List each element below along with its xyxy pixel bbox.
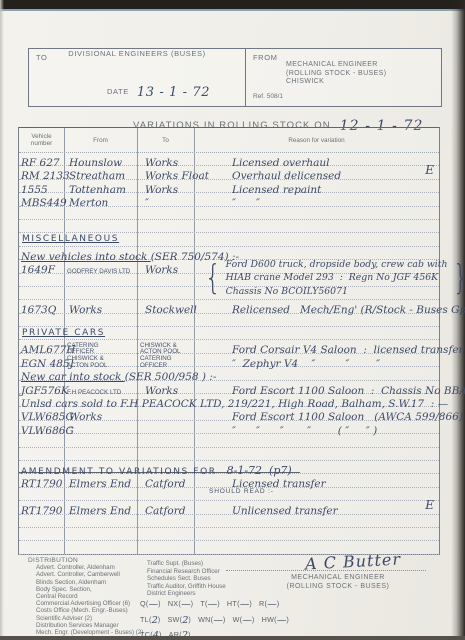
vehicle-cell: MBS449 [19, 193, 64, 205]
distribution-item: Central Record [28, 593, 143, 600]
from-cell: Hounslow [64, 153, 137, 165]
entry-marker: E [425, 499, 434, 511]
code-paren: ) [286, 615, 289, 624]
code-value: — [213, 616, 223, 625]
code-label: WN [198, 615, 211, 624]
to-cell: CHISWICK & ACTON POOL [137, 340, 194, 352]
code-group: Q(—) [140, 593, 161, 610]
amendment-date: 8-1-72 (p7) [227, 465, 292, 477]
vehicle-cell: 1555 [19, 180, 64, 192]
table-row [19, 515, 439, 528]
table-row: 1555TottenhamWorksLicensed repaint [19, 180, 439, 193]
code-group: SW(2) [167, 609, 191, 626]
brace-group: {Ford D600 truck, dropside body, crew ca… [202, 258, 465, 298]
code-value: — [242, 616, 252, 625]
reason-line: Ford D600 truck, dropside body, crew cab… [226, 258, 448, 271]
to-value: DIVISIONAL ENGINEERS (BUSES) [29, 49, 245, 58]
to-cell: Stockwell [137, 300, 194, 312]
code-paren: ) [249, 599, 252, 608]
section-heading: MISCELLANEOUS [22, 234, 119, 245]
code-value: — [208, 600, 218, 609]
vehicle-cell: EGN 485J [19, 354, 64, 366]
to-cell [137, 421, 194, 433]
distribution-item: Body Spec. Section, [28, 586, 143, 593]
reason-cell: ″ ″ ″ ″ ( ″ ″ ) [194, 421, 439, 433]
code-group: W(—) [233, 609, 255, 626]
code-group: WN(—) [198, 609, 225, 626]
memo-to-cell: TO DIVISIONAL ENGINEERS (BUSES) DATE13 -… [29, 49, 246, 106]
distribution-item: Scientific Adviser (2) [28, 615, 143, 622]
to-cell: Works [137, 153, 194, 165]
code-group: TL(2) [140, 609, 160, 626]
table-row [19, 528, 439, 541]
code-paren: ) [158, 615, 161, 624]
note-line: Unlsd cars sold to F.H PEACOCK LTD, 219/… [21, 394, 448, 406]
code-value: — [267, 600, 277, 609]
vehicle-cell: VLW686G [19, 421, 64, 433]
code-paren: ) [217, 599, 220, 608]
code-group: NX(—) [168, 593, 194, 610]
distribution-item: Traffic Supt. (Buses) [147, 560, 226, 568]
scan-edge-right [451, 0, 465, 640]
from-line: MECHANICAL ENGINEER [286, 61, 386, 70]
code-paren: ) [252, 615, 255, 624]
from-cell: ″ [64, 421, 137, 433]
distribution-item: Financial Research Officer [147, 568, 226, 576]
table-row: Unlsd cars sold to F.H PEACOCK LTD, 219/… [19, 394, 439, 407]
code-group: T(—) [200, 593, 220, 610]
reason-cell: {Ford D600 truck, dropside body, crew ca… [194, 260, 439, 272]
from-cell: CATERING OFFICER [64, 340, 137, 352]
table-row [19, 207, 439, 220]
brace-lines: Ford D600 truck, dropside body, crew cab… [226, 258, 448, 298]
to-cell: Works Float [137, 166, 194, 178]
scan-edge-bottom [0, 636, 465, 640]
memo-header-box: TO DIVISIONAL ENGINEERS (BUSES) DATE13 -… [28, 48, 442, 107]
to-cell: Works [137, 180, 194, 192]
scan-edge-top [0, 0, 465, 11]
reason-cell: Ford Escort 1100 Saloon : Chassis No BBA… [194, 381, 465, 393]
column-header-reason: Reason for variation [194, 128, 439, 152]
from-cell: Merton [64, 193, 137, 205]
reason-cell: Relicensed Mech/Eng' (R/Stock - Buses Gp… [194, 300, 465, 312]
distribution-item: Blinds Section, Aldenham [28, 579, 143, 586]
reason-cell: ″ Zephyr V4 ″ ″ ″ [194, 354, 439, 366]
vehicle-cell: RM 2133 [19, 166, 64, 178]
code-label: HW [262, 615, 275, 624]
reason-cell: Licensed overhaul [194, 153, 439, 165]
note-text: Unlsd cars sold to F.H PEACOCK LTD, 219/… [21, 398, 448, 410]
distribution-title: DISTRIBUTION [28, 557, 143, 564]
amendment-label: AMENDMENT TO VARIATIONS FOR [21, 467, 217, 477]
table-row: RM 2133StreathamWorks FloatOverhaul deli… [19, 166, 439, 179]
vehicle-cell: 1673Q [19, 300, 64, 312]
date-handwritten: 13 - 1 - 72 [137, 87, 210, 99]
to-cell: Catford [137, 501, 194, 513]
code-paren: ) [188, 615, 191, 624]
table-row: VLW686G″″ ″ ″ ″ ( ″ ″ ) [19, 421, 439, 434]
table-row: SHOULD READ :- [19, 488, 439, 501]
code-label: SW [167, 615, 179, 624]
distribution-item: Distribution Services Manager [28, 622, 143, 629]
reason-cell: Overhaul delicensedE [194, 166, 439, 178]
reason-line: Chassis No BCOILY56071 [226, 285, 448, 298]
code-label: NX [168, 599, 179, 608]
reason-cell: ″ ″ [194, 193, 439, 205]
vehicle-cell: RT1790 [19, 501, 64, 513]
table-row [19, 434, 439, 447]
code-label: HT [227, 599, 237, 608]
code-line: TL(2)SW(2)WN(—)W(—)HW(—) [140, 609, 296, 625]
code-value: — [277, 616, 287, 625]
date-label: DATE [107, 87, 129, 96]
table-row: MISCELLANEOUS [19, 233, 439, 246]
from-cell: CHISWICK & ACTON POOL [64, 354, 137, 366]
column-header-vehicle: Vehicle number [19, 128, 64, 152]
distribution-item: Advert. Controller, Camberwell [28, 571, 143, 578]
signature-block: A C Butter MECHANICAL ENGINEER (ROLLING … [236, 552, 440, 591]
distribution-col1: DISTRIBUTION Advert. Controller, Aldenha… [28, 557, 143, 640]
note-text: (SER 500/958 ) :- [125, 371, 217, 383]
code-group: HT(—) [227, 593, 252, 610]
should-read-note: SHOULD READ :- [209, 489, 274, 500]
table-row [19, 448, 439, 461]
table-row [19, 541, 439, 554]
column-header-from: From [64, 128, 137, 152]
distribution-item: Schedules Sect. Buses [147, 575, 226, 583]
table-row: AML677HCATERING OFFICERCHISWICK & ACTON … [19, 340, 439, 353]
code-line: Q(—)NX(—)T(—)HT(—)R(—) [140, 593, 296, 609]
from-cell: Elmers End [64, 501, 137, 513]
table-row: AMENDMENT TO VARIATIONS FOR8-1-72 (p7) [19, 461, 439, 474]
code-paren: ) [277, 599, 280, 608]
to-label: TO [36, 53, 47, 62]
from-line: (ROLLING STOCK - BUSES) [286, 70, 386, 79]
variations-table: Vehicle number From To Reason for variat… [18, 127, 440, 555]
note-underlined: New car into stock [21, 371, 125, 383]
memo-from-cell: FROM MECHANICAL ENGINEER (ROLLING STOCK … [246, 49, 441, 106]
to-cell: CATERING OFFICER [137, 354, 194, 366]
from-cell: Tottenham [64, 180, 137, 192]
table-row: PRIVATE CARS [19, 327, 439, 340]
distribution-item: Commercial Advertising Officer (6) [28, 600, 143, 607]
to-cell: ″ [137, 193, 194, 205]
code-value: — [149, 600, 159, 609]
code-group: R(—) [259, 593, 279, 610]
from-cell: Streatham [64, 166, 137, 178]
note-line: New car into stock (SER 500/958 ) :- [21, 367, 216, 379]
signature-title-line: MECHANICAL ENGINEER [236, 573, 440, 582]
code-paren: ) [158, 599, 161, 608]
from-label: FROM [253, 53, 277, 62]
table-row: New car into stock (SER 500/958 ) :- [19, 367, 439, 380]
code-label: W [233, 615, 240, 624]
left-brace: { [205, 259, 221, 297]
table-row: MBS449Merton″″ ″ [19, 193, 439, 206]
column-header-to: To [137, 128, 194, 152]
reason-cell: Unlicensed transferE [194, 501, 439, 513]
table-row: RT1790Elmers EndCatfordUnlicensed transf… [19, 501, 439, 514]
reference-number: Ref. 508/1 [253, 93, 283, 100]
code-label: TL [140, 615, 149, 624]
from-line: CHISWICK [286, 78, 386, 87]
reason-line: HIAB crane Model 293 : Regn No JGF 456K [226, 271, 448, 284]
reason-cell: Ford Corsair V4 Saloon : licensed transf… [194, 340, 464, 352]
amendment-heading: AMENDMENT TO VARIATIONS FOR8-1-72 (p7) [19, 461, 300, 473]
section-heading: PRIVATE CARS [22, 328, 105, 339]
scan-edge-left [0, 0, 4, 640]
entry-marker: E [425, 164, 434, 176]
table-row: EGN 485JCHISWICK & ACTON POOLCATERING OF… [19, 354, 439, 367]
code-value: — [181, 600, 191, 609]
code-value: — [240, 600, 250, 609]
vehicle-cell: RF 627 [19, 153, 64, 165]
table-body: RF 627HounslowWorksLicensed overhaulRM 2… [19, 153, 439, 555]
distribution-item: Advert. Controller, Aldenham [28, 564, 143, 571]
scanned-document-page: TO DIVISIONAL ENGINEERS (BUSES) DATE13 -… [0, 0, 465, 640]
reason-cell: Licensed repaint [194, 180, 439, 192]
vehicle-cell: AML677H [19, 340, 64, 352]
table-row [19, 314, 439, 327]
table-row [19, 220, 439, 233]
signature-title-line: (ROLLING STOCK - BUSES) [236, 582, 440, 591]
from-cell: Works [64, 300, 137, 312]
code-paren: ) [191, 599, 194, 608]
table-row: 1673QWorksStockwellRelicensed Mech/Eng' … [19, 300, 439, 313]
note-underlined: New vehicles into stock [21, 251, 151, 263]
date-line: DATE13 - 1 - 72 [107, 87, 210, 99]
distribution-item: Costs Office (Mech. Engr.-Buses) [28, 607, 143, 614]
table-row: RF 627HounslowWorksLicensed overhaul [19, 153, 439, 166]
table-header-row: Vehicle number From To Reason for variat… [19, 128, 439, 153]
right-brace: } [452, 259, 465, 297]
code-group: HW(—) [262, 609, 289, 626]
code-paren: ) [223, 615, 226, 624]
distribution-item: Traffic Auditor, Griffith House [147, 583, 226, 591]
from-address: MECHANICAL ENGINEER (ROLLING STOCK - BUS… [286, 61, 386, 87]
codes-block: Q(—)NX(—)T(—)HT(—)R(—)TL(2)SW(2)WN(—)W(—… [140, 593, 296, 640]
